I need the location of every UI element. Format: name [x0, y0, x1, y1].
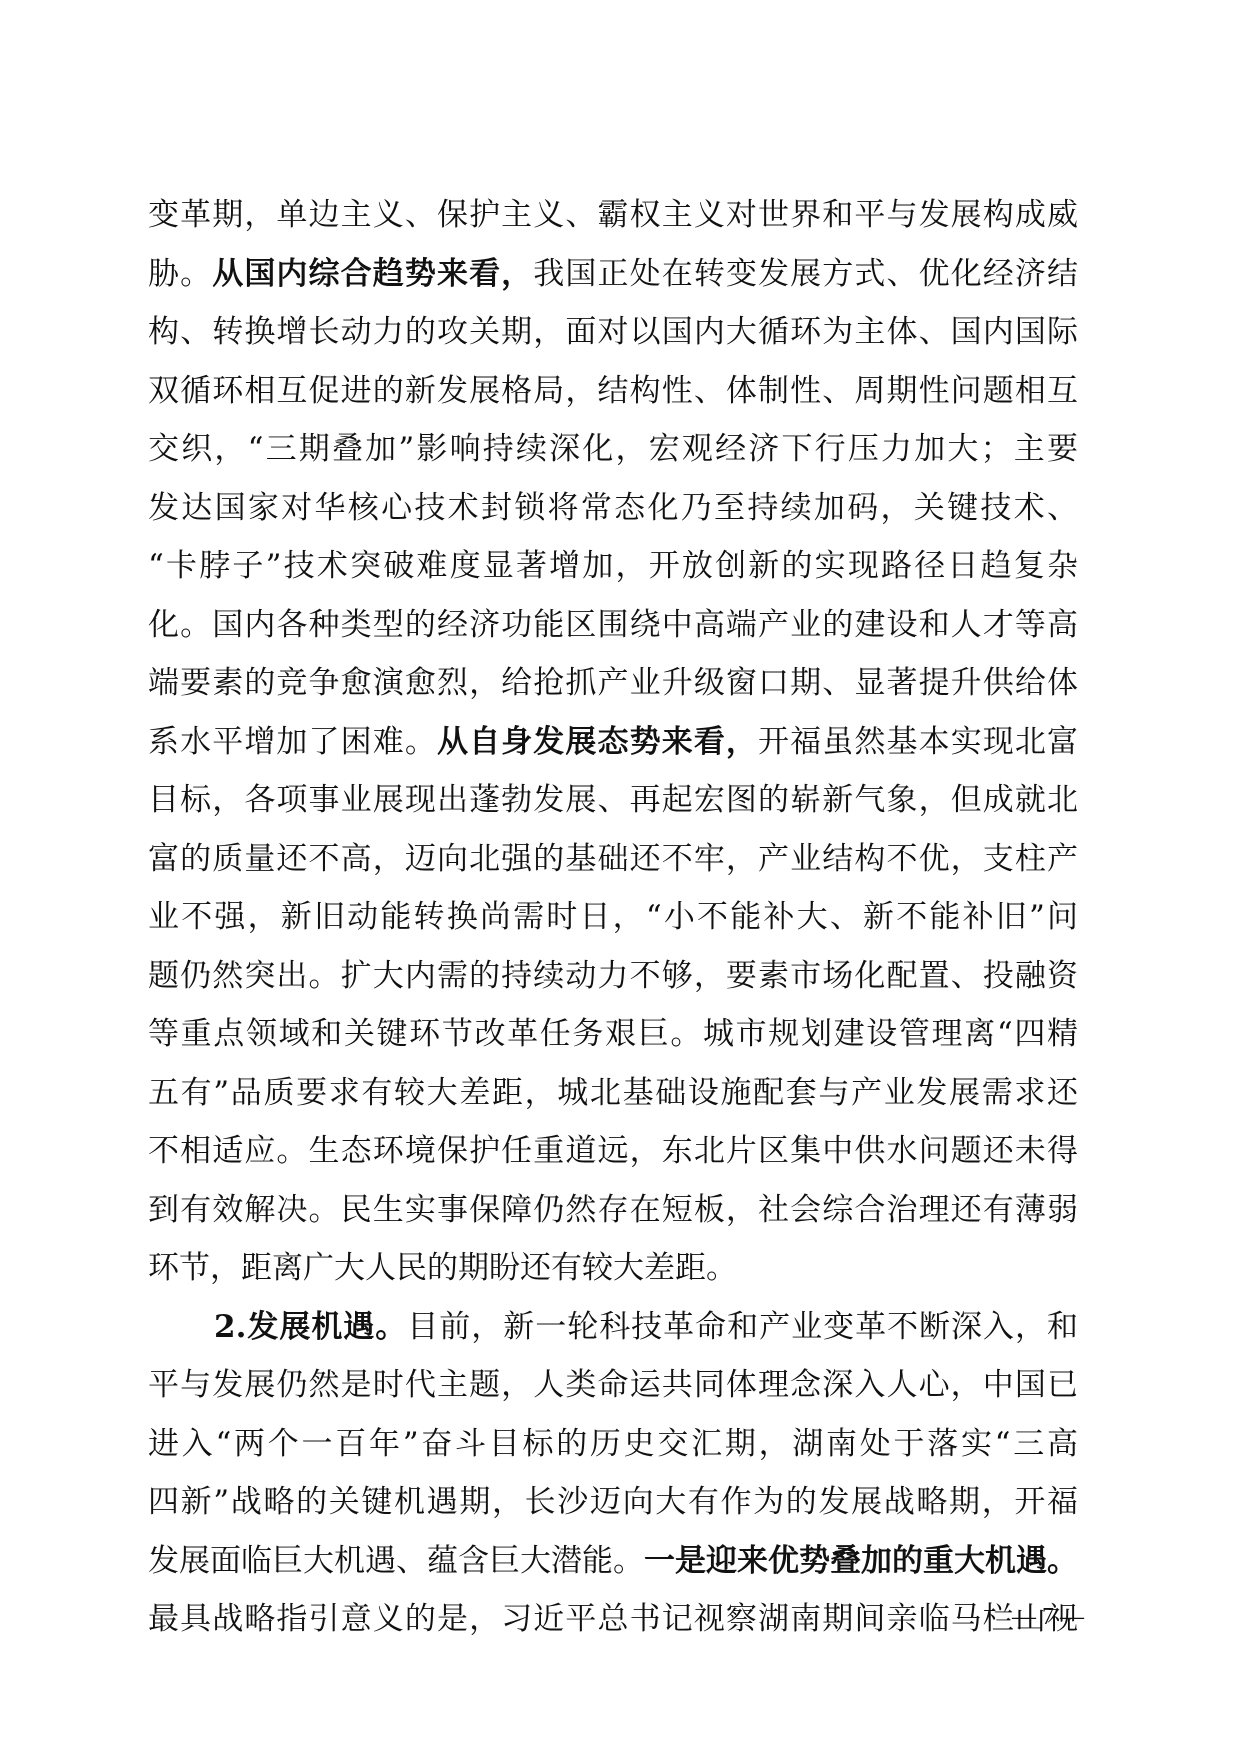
bold-phrase: 从自身发展态势来看， — [437, 724, 758, 760]
text-segment: “卡脖子”技术突破难度显著增加，开放创新的实现路径日趋复杂 — [148, 548, 1078, 584]
text-line: 平与发展仍然是时代主题，人类命运共同体理念深入人心，中国已 — [148, 1356, 1078, 1414]
text-line: 业不强，新旧动能转换尚需时日，“小不能补大、新不能补旧”问 — [148, 888, 1078, 946]
page-number: — 7 — — [1008, 1604, 1088, 1631]
text-line: 富的质量还不高，迈向北强的基础还不牢，产业结构不优，支柱产 — [148, 830, 1078, 888]
text-line: 不相适应。生态环境保护任重道远，东北片区集中供水问题还未得 — [148, 1122, 1078, 1180]
text-segment: 到有效解决。民生实事保障仍然存在短板，社会综合治理还有薄弱 — [148, 1192, 1078, 1228]
text-segment: 胁。 — [148, 256, 212, 292]
text-segment: 四新”战略的关键机遇期，长沙迈向大有作为的发展战略期，开福 — [148, 1484, 1078, 1520]
text-line: 交织，“三期叠加”影响持续深化，宏观经济下行压力加大；主要 — [148, 420, 1078, 478]
text-line: 变革期，单边主义、保护主义、霸权主义对世界和平与发展构成威 — [148, 186, 1078, 244]
text-segment: 最具战略指引意义的是，习近平总书记视察湖南期间亲临马栏山视 — [148, 1601, 1078, 1637]
text-line: 到有效解决。民生实事保障仍然存在短板，社会综合治理还有薄弱 — [148, 1181, 1078, 1239]
text-line: 化。国内各种类型的经济功能区围绕中高端产业的建设和人才等高 — [148, 596, 1078, 654]
text-segment: 进入“两个一百年”奋斗目标的历史交汇期，湖南处于落实“三高 — [148, 1426, 1078, 1462]
text-segment: 化。国内各种类型的经济功能区围绕中高端产业的建设和人才等高 — [148, 607, 1078, 643]
document-page: 变革期，单边主义、保护主义、霸权主义对世界和平与发展构成威胁。从国内综合趋势来看… — [0, 0, 1241, 1754]
text-segment: 等重点领域和关键环节改革任务艰巨。城市规划建设管理离“四精 — [148, 1016, 1078, 1052]
text-segment: 发达国家对华核心技术封锁将常态化乃至持续加码，关键技术、 — [148, 490, 1078, 526]
text-line: 发达国家对华核心技术封锁将常态化乃至持续加码，关键技术、 — [148, 479, 1078, 537]
text-line: 题仍然突出。扩大内需的持续动力不够，要素市场化配置、投融资 — [148, 947, 1078, 1005]
text-segment: 富的质量还不高，迈向北强的基础还不牢，产业结构不优，支柱产 — [148, 841, 1078, 877]
text-line: 最具战略指引意义的是，习近平总书记视察湖南期间亲临马栏山视 — [148, 1590, 1078, 1648]
text-segment: 变革期，单边主义、保护主义、霸权主义对世界和平与发展构成威 — [148, 197, 1078, 233]
text-segment: 发展面临巨大机遇、蕴含巨大潜能。 — [148, 1543, 644, 1579]
text-line: 五有”品质要求有较大差距，城北基础设施配套与产业发展需求还 — [148, 1064, 1078, 1122]
text-segment: 平与发展仍然是时代主题，人类命运共同体理念深入人心，中国已 — [148, 1367, 1078, 1403]
text-segment: 目标，各项事业展现出蓬勃发展、再起宏图的崭新气象，但成就北 — [148, 782, 1078, 818]
bold-phrase: 一是迎来优势叠加的重大机遇。 — [644, 1543, 1078, 1579]
text-segment: 我国正处在转变发展方式、优化经济结 — [533, 256, 1078, 292]
text-line: 2.发展机遇。目前，新一轮科技革命和产业变革不断深入，和 — [214, 1298, 1078, 1356]
text-segment: 不相适应。生态环境保护任重道远，东北片区集中供水问题还未得 — [148, 1133, 1078, 1169]
text-segment: 开福虽然基本实现北富 — [758, 724, 1078, 760]
text-line: 进入“两个一百年”奋斗目标的历史交汇期，湖南处于落实“三高 — [148, 1415, 1078, 1473]
text-segment: 端要素的竞争愈演愈烈，给抢抓产业升级窗口期、显著提升供给体 — [148, 665, 1078, 701]
text-segment: 题仍然突出。扩大内需的持续动力不够，要素市场化配置、投融资 — [148, 958, 1078, 994]
text-segment: 五有”品质要求有较大差距，城北基础设施配套与产业发展需求还 — [148, 1075, 1078, 1111]
text-segment: 业不强，新旧动能转换尚需时日，“小不能补大、新不能补旧”问 — [148, 899, 1078, 935]
text-segment: 系水平增加了困难。 — [148, 724, 437, 760]
text-line: 双循环相互促进的新发展格局，结构性、体制性、周期性问题相互 — [148, 362, 1078, 420]
text-line: 四新”战略的关键机遇期，长沙迈向大有作为的发展战略期，开福 — [148, 1473, 1078, 1531]
text-line: 目标，各项事业展现出蓬勃发展、再起宏图的崭新气象，但成就北 — [148, 771, 1078, 829]
text-segment: 目前，新一轮科技革命和产业变革不断深入，和 — [407, 1309, 1078, 1345]
text-segment: 环节，距离广大人民的期盼还有较大差距。 — [148, 1250, 737, 1286]
text-line: 发展面临巨大机遇、蕴含巨大潜能。一是迎来优势叠加的重大机遇。 — [148, 1532, 1078, 1590]
text-line: 胁。从国内综合趋势来看，我国正处在转变发展方式、优化经济结 — [148, 245, 1078, 303]
text-segment: 交织，“三期叠加”影响持续深化，宏观经济下行压力加大；主要 — [148, 431, 1078, 467]
text-line: “卡脖子”技术突破难度显著增加，开放创新的实现路径日趋复杂 — [148, 537, 1078, 595]
bold-phrase: 2.发展机遇。 — [214, 1309, 407, 1345]
text-line: 系水平增加了困难。从自身发展态势来看，开福虽然基本实现北富 — [148, 713, 1078, 771]
text-line: 环节，距离广大人民的期盼还有较大差距。 — [148, 1239, 1078, 1297]
text-line: 等重点领域和关键环节改革任务艰巨。城市规划建设管理离“四精 — [148, 1005, 1078, 1063]
text-segment: 构、转换增长动力的攻关期，面对以国内大循环为主体、国内国际 — [148, 314, 1078, 350]
text-line: 端要素的竞争愈演愈烈，给抢抓产业升级窗口期、显著提升供给体 — [148, 654, 1078, 712]
text-line: 构、转换增长动力的攻关期，面对以国内大循环为主体、国内国际 — [148, 303, 1078, 361]
bold-phrase: 从国内综合趋势来看， — [212, 256, 533, 292]
text-segment: 双循环相互促进的新发展格局，结构性、体制性、周期性问题相互 — [148, 373, 1078, 409]
